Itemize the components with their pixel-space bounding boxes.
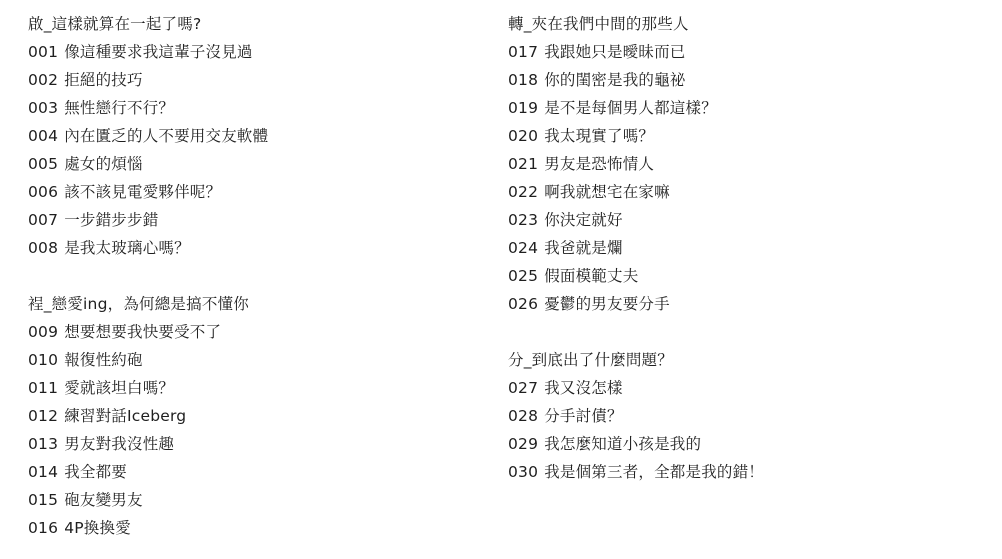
toc-item: 005處女的煩惱 xyxy=(28,150,268,178)
toc-item: 002拒絕的技巧 xyxy=(28,66,268,94)
toc-item: 004內在匱乏的人不要用交友軟體 xyxy=(28,122,268,150)
chapter-number: 026 xyxy=(508,295,538,313)
chapter-title: 拒絕的技巧 xyxy=(64,71,143,89)
chapter-number: 004 xyxy=(28,127,58,145)
chapter-number: 008 xyxy=(28,239,58,257)
toc-item: 020我太現實了嗎？ xyxy=(508,122,764,150)
chapter-number: 002 xyxy=(28,71,58,89)
toc-item: 008是我太玻璃心嗎？ xyxy=(28,234,268,262)
chapter-title: 假面模範丈夫 xyxy=(544,267,638,285)
chapter-number: 001 xyxy=(28,43,58,61)
chapter-title: 想要想要我快要受不了 xyxy=(64,323,221,341)
chapter-number: 018 xyxy=(508,71,538,89)
chapter-title: 練習對話Iceberg xyxy=(64,407,186,425)
toc-item: 021男友是恐怖情人 xyxy=(508,150,764,178)
chapter-number: 005 xyxy=(28,155,58,173)
toc-item: 010報復性約砲 xyxy=(28,346,268,374)
toc-item: 027我又沒怎樣 xyxy=(508,374,764,402)
chapter-title: 我又沒怎樣 xyxy=(544,379,623,397)
chapter-number: 027 xyxy=(508,379,538,397)
chapter-number: 009 xyxy=(28,323,58,341)
toc-item: 003無性戀行不行？ xyxy=(28,94,268,122)
chapter-number: 006 xyxy=(28,183,58,201)
chapter-number: 029 xyxy=(508,435,538,453)
chapter-title: 我爸就是爛 xyxy=(544,239,623,257)
chapter-title: 我太現實了嗎？ xyxy=(544,127,654,145)
chapter-title: 你決定就好 xyxy=(544,211,623,229)
toc-item: 017我跟她只是曖昧而已 xyxy=(508,38,764,66)
chapter-title: 我是個第三者，全都是我的錯！ xyxy=(544,463,764,481)
toc-item: 011愛就該坦白嗎？ xyxy=(28,374,268,402)
toc-item: 007一步錯步步錯 xyxy=(28,206,268,234)
section-heading: 裎_戀愛ing，為何總是搞不懂你 xyxy=(28,290,268,318)
chapter-title: 一步錯步步錯 xyxy=(64,211,158,229)
toc-item: 014我全都要 xyxy=(28,458,268,486)
toc-item: 030我是個第三者，全都是我的錯！ xyxy=(508,458,764,486)
toc-item: 009想要想要我快要受不了 xyxy=(28,318,268,346)
chapter-number: 022 xyxy=(508,183,538,201)
chapter-title: 愛就該坦白嗎？ xyxy=(64,379,174,397)
chapter-title: 處女的煩惱 xyxy=(64,155,143,173)
chapter-title: 我怎麼知道小孩是我的 xyxy=(544,435,701,453)
toc-item: 022啊我就想宅在家嘛 xyxy=(508,178,764,206)
chapter-number: 012 xyxy=(28,407,58,425)
chapter-title: 男友是恐怖情人 xyxy=(544,155,654,173)
chapter-title: 我跟她只是曖昧而已 xyxy=(544,43,685,61)
chapter-title: 像這種要求我這輩子沒見過 xyxy=(64,43,252,61)
chapter-number: 023 xyxy=(508,211,538,229)
chapter-title: 你的閨密是我的龜祕 xyxy=(544,71,685,89)
toc-item: 018你的閨密是我的龜祕 xyxy=(508,66,764,94)
toc-item: 0164P換換愛 xyxy=(28,514,268,542)
section-fen: 分_到底出了什麼問題？ 027我又沒怎樣 028分手討債？ 029我怎麼知道小孩… xyxy=(508,346,764,486)
chapter-title: 砲友變男友 xyxy=(64,491,143,509)
chapter-title: 男友對我沒性趣 xyxy=(64,435,174,453)
toc-item: 025假面模範丈夫 xyxy=(508,262,764,290)
toc-item: 012練習對話Iceberg xyxy=(28,402,268,430)
toc-item: 006該不該見電愛夥伴呢？ xyxy=(28,178,268,206)
chapter-title: 我全都要 xyxy=(64,463,127,481)
section-heading: 轉_夾在我們中間的那些人 xyxy=(508,10,764,38)
table-of-contents-right-column: 轉_夾在我們中間的那些人 017我跟她只是曖昧而已 018你的閨密是我的龜祕 0… xyxy=(508,10,764,486)
toc-item: 001像這種要求我這輩子沒見過 xyxy=(28,38,268,66)
chapter-number: 028 xyxy=(508,407,538,425)
chapter-title: 是我太玻璃心嗎？ xyxy=(64,239,190,257)
toc-item: 023你決定就好 xyxy=(508,206,764,234)
chapter-number: 007 xyxy=(28,211,58,229)
section-qi: 啟_這樣就算在一起了嗎? 001像這種要求我這輩子沒見過 002拒絕的技巧 00… xyxy=(28,10,268,262)
chapter-number: 010 xyxy=(28,351,58,369)
toc-item: 015砲友變男友 xyxy=(28,486,268,514)
toc-item: 028分手討債？ xyxy=(508,402,764,430)
chapter-number: 020 xyxy=(508,127,538,145)
chapter-title: 憂鬱的男友要分手 xyxy=(544,295,670,313)
chapter-number: 030 xyxy=(508,463,538,481)
table-of-contents-left-column: 啟_這樣就算在一起了嗎? 001像這種要求我這輩子沒見過 002拒絕的技巧 00… xyxy=(28,10,268,542)
chapter-title: 4P換換愛 xyxy=(64,519,131,537)
chapter-number: 024 xyxy=(508,239,538,257)
section-zhuan: 轉_夾在我們中間的那些人 017我跟她只是曖昧而已 018你的閨密是我的龜祕 0… xyxy=(508,10,764,318)
chapter-number: 013 xyxy=(28,435,58,453)
chapter-number: 025 xyxy=(508,267,538,285)
section-cheng: 裎_戀愛ing，為何總是搞不懂你 009想要想要我快要受不了 010報復性約砲 … xyxy=(28,290,268,542)
chapter-title: 啊我就想宅在家嘛 xyxy=(544,183,670,201)
chapter-title: 該不該見電愛夥伴呢？ xyxy=(64,183,221,201)
chapter-number: 003 xyxy=(28,99,58,117)
section-heading: 分_到底出了什麼問題？ xyxy=(508,346,764,374)
toc-item: 026憂鬱的男友要分手 xyxy=(508,290,764,318)
chapter-number: 015 xyxy=(28,491,58,509)
chapter-number: 017 xyxy=(508,43,538,61)
chapter-title: 分手討債？ xyxy=(544,407,623,425)
chapter-number: 016 xyxy=(28,519,58,537)
toc-item: 019是不是每個男人都這樣？ xyxy=(508,94,764,122)
chapter-title: 報復性約砲 xyxy=(64,351,143,369)
chapter-title: 是不是每個男人都這樣？ xyxy=(544,99,717,117)
toc-item: 029我怎麼知道小孩是我的 xyxy=(508,430,764,458)
chapter-number: 014 xyxy=(28,463,58,481)
chapter-number: 021 xyxy=(508,155,538,173)
toc-item: 024我爸就是爛 xyxy=(508,234,764,262)
chapter-number: 011 xyxy=(28,379,58,397)
section-heading: 啟_這樣就算在一起了嗎? xyxy=(28,10,268,38)
toc-item: 013男友對我沒性趣 xyxy=(28,430,268,458)
chapter-title: 無性戀行不行？ xyxy=(64,99,174,117)
chapter-title: 內在匱乏的人不要用交友軟體 xyxy=(64,127,268,145)
chapter-number: 019 xyxy=(508,99,538,117)
